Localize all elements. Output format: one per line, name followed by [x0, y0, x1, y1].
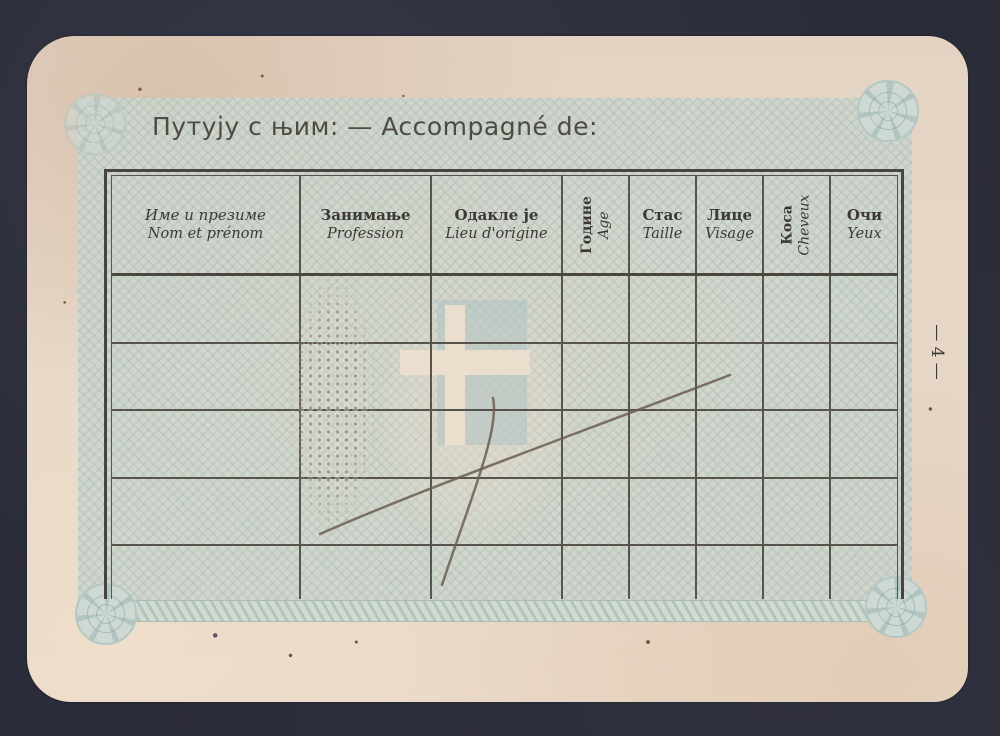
row-divider: [111, 477, 898, 479]
column-header-hair: Коса Cheveux: [764, 176, 829, 274]
header-fr: Lieu d'origine: [445, 225, 547, 244]
rosette-ornament-icon: [64, 93, 126, 155]
column-header-name: Име и презиме Nom et prénom: [112, 176, 299, 274]
page-number: — 4 —: [923, 322, 947, 382]
header-sr: Коса: [780, 205, 797, 245]
header-sr: Стас: [642, 206, 682, 225]
row-divider: [111, 342, 898, 344]
header-sr: Занимање: [320, 206, 410, 225]
column-header-height: Стас Taille: [630, 176, 695, 274]
perforation-stamp: [288, 268, 388, 538]
header-fr: Cheveux: [797, 194, 814, 255]
header-fr: Taille: [643, 225, 683, 244]
rosette-ornament-icon: [857, 80, 919, 142]
column-header-profession: Занимање Profession: [301, 176, 430, 274]
page-heading: Путују с њим: — Accompagné de:: [152, 112, 598, 141]
guilloche-border-band: [110, 600, 880, 622]
header-sr: Године: [579, 196, 596, 254]
header-sr: Лице: [707, 206, 752, 225]
column-header-face: Лице Visage: [697, 176, 762, 274]
header-fr: Nom et prénom: [148, 225, 263, 244]
header-fr: Yeux: [847, 225, 881, 244]
header-fr: Profession: [327, 225, 404, 244]
column-header-eyes: Очи Yeux: [831, 176, 898, 274]
header-fr: Age: [596, 211, 613, 238]
header-sr: Очи: [847, 206, 882, 225]
column-header-age: Године Age: [563, 176, 628, 274]
row-divider: [111, 409, 898, 411]
header-fr: Visage: [705, 225, 754, 244]
header-sr: Одакле је: [455, 206, 539, 225]
row-divider: [111, 544, 898, 546]
header-sr: Име и презиме: [145, 206, 266, 225]
column-header-origin: Одакле је Lieu d'origine: [432, 176, 561, 274]
